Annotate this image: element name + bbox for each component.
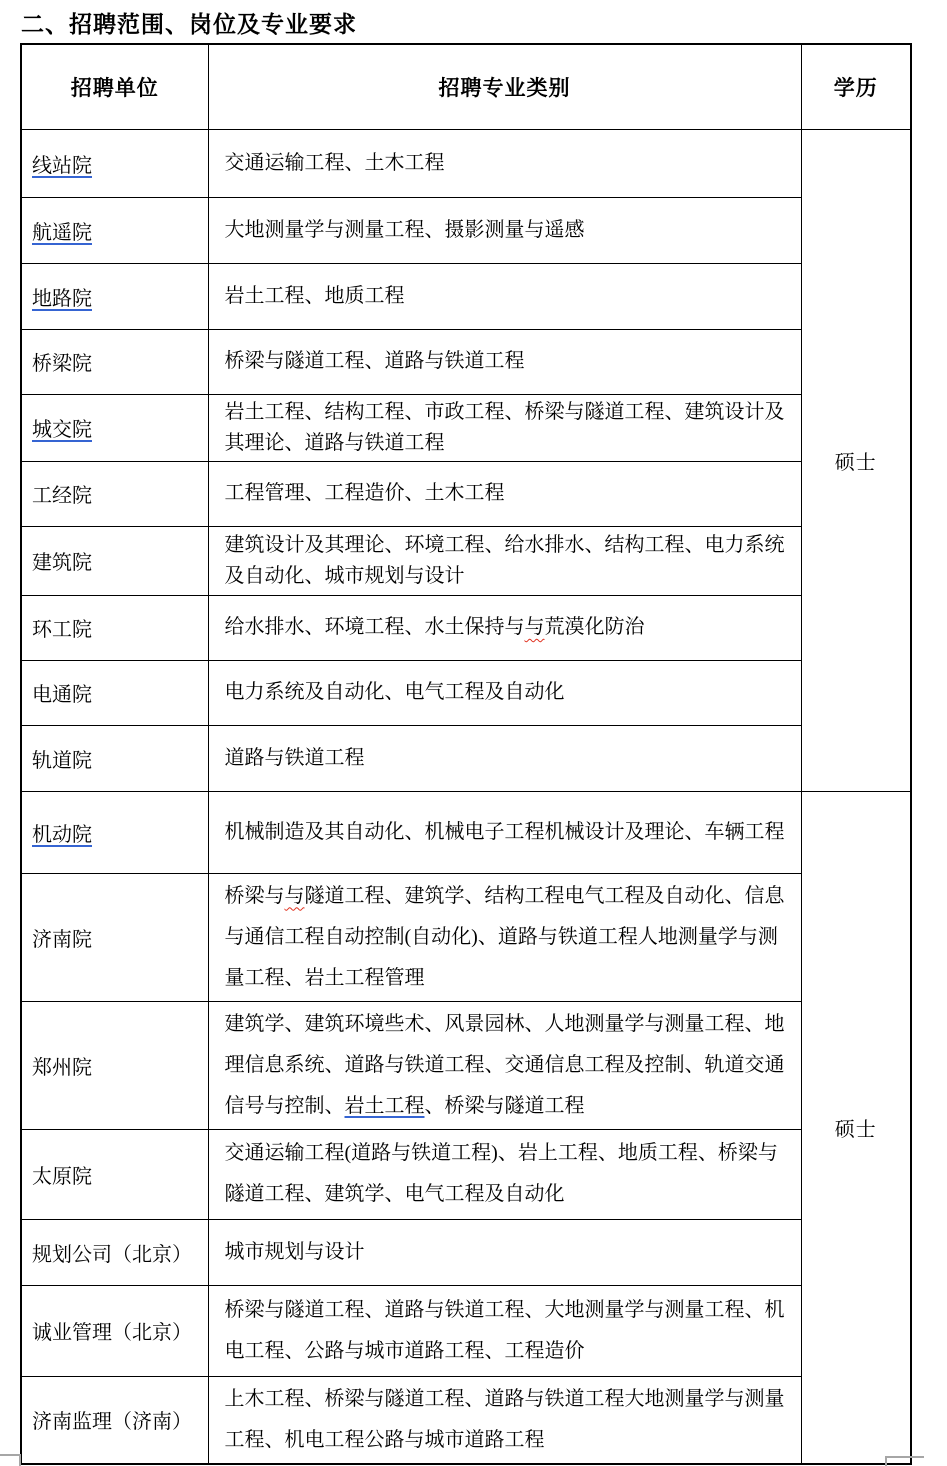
unit-label: 电通院 <box>32 684 92 706</box>
unit-link[interactable]: 城交院 <box>32 419 92 441</box>
unit-label: 桥梁院 <box>32 353 92 375</box>
header-degree: 学历 <box>801 44 911 129</box>
majors-cell: 岩土工程、结构工程、市政工程、桥梁与隧道工程、建筑设计及其理论、道路与铁道工程 <box>208 394 801 461</box>
table-row: 城交院岩土工程、结构工程、市政工程、桥梁与隧道工程、建筑设计及其理论、道路与铁道… <box>21 394 911 461</box>
majors-text: 隧道工程、建筑学、结构工程电气工程及自动化、信息与通信工程自动控制(自动化)、道… <box>225 885 785 989</box>
unit-cell: 电通院 <box>21 660 208 725</box>
majors-cell: 电力系统及自动化、电气工程及自动化 <box>208 660 801 725</box>
unit-label: 太原院 <box>32 1166 92 1188</box>
table-row: 诚业管理（北京）桥梁与隧道工程、道路与铁道工程、大地测量学与测量工程、机电工程、… <box>21 1285 911 1376</box>
unit-cell: 桥梁院 <box>21 329 208 394</box>
unit-cell: 线站院 <box>21 129 208 197</box>
majors-cell: 给水排水、环境工程、水土保持与与荒漠化防治 <box>208 595 801 660</box>
majors-text: 上木工程、桥梁与隧道工程、道路与铁道工程大地测量学与测量工程、机电工程公路与城市… <box>225 1388 785 1451</box>
majors-text: 电力系统及自动化、电气工程及自动化 <box>225 681 565 703</box>
majors-cell: 道路与铁道工程 <box>208 725 801 791</box>
majors-text: 给水排水、环境工程、水土保持与 <box>225 616 525 638</box>
majors-text: 城市规划与设计 <box>225 1241 365 1263</box>
majors-text: 荒漠化防治 <box>545 616 645 638</box>
majors-text: 工程管理、工程造价、土木工程 <box>225 482 505 504</box>
major-link[interactable]: 岩土工程 <box>345 1095 425 1117</box>
table-row: 环工院给水排水、环境工程、水土保持与与荒漠化防治 <box>21 595 911 660</box>
unit-link[interactable]: 航遥院 <box>32 222 92 244</box>
majors-text: 建筑设计及其理论、环境工程、给水排水、结构工程、电力系统及自动化、城市规划与设计 <box>225 534 785 587</box>
recruitment-table: 招聘单位 招聘专业类别 学历 线站院交通运输工程、土木工程硕士航遥院大地测量学与… <box>20 43 912 1465</box>
unit-label: 轨道院 <box>32 750 92 772</box>
degree-cell: 硕士 <box>801 791 911 1464</box>
unit-cell: 济南院 <box>21 873 208 1001</box>
majors-text: 岩土工程、结构工程、市政工程、桥梁与隧道工程、建筑设计及其理论、道路与铁道工程 <box>225 401 785 454</box>
unit-cell: 太原院 <box>21 1129 208 1219</box>
table-row: 桥梁院桥梁与隧道工程、道路与铁道工程 <box>21 329 911 394</box>
spellcheck-squiggle-text: 与 <box>285 885 305 907</box>
majors-cell: 上木工程、桥梁与隧道工程、道路与铁道工程大地测量学与测量工程、机电工程公路与城市… <box>208 1376 801 1464</box>
majors-cell: 桥梁与与隧道工程、建筑学、结构工程电气工程及自动化、信息与通信工程自动控制(自动… <box>208 873 801 1001</box>
unit-cell: 城交院 <box>21 394 208 461</box>
table-row: 建筑院建筑设计及其理论、环境工程、给水排水、结构工程、电力系统及自动化、城市规划… <box>21 526 911 595</box>
table-row: 规划公司（北京）城市规划与设计 <box>21 1219 911 1285</box>
unit-cell: 轨道院 <box>21 725 208 791</box>
majors-text: 大地测量学与测量工程、摄影测量与遥感 <box>225 219 585 241</box>
next-page-table-corner-left <box>0 1454 21 1466</box>
majors-text: 桥梁与 <box>225 885 285 907</box>
header-majors: 招聘专业类别 <box>208 44 801 129</box>
unit-label: 诚业管理（北京） <box>32 1322 192 1344</box>
table-row: 地路院岩土工程、地质工程 <box>21 263 911 329</box>
table-row: 工经院工程管理、工程造价、土木工程 <box>21 461 911 526</box>
majors-cell: 机械制造及其自动化、机械电子工程机械设计及理论、车辆工程 <box>208 791 801 873</box>
next-page-table-corner-right <box>885 1456 924 1466</box>
unit-link[interactable]: 机动院 <box>32 824 92 846</box>
table-row: 太原院交通运输工程(道路与铁道工程)、岩上工程、地质工程、桥梁与隧道工程、建筑学… <box>21 1129 911 1219</box>
unit-cell: 地路院 <box>21 263 208 329</box>
unit-label: 环工院 <box>32 619 92 641</box>
table-row: 线站院交通运输工程、土木工程硕士 <box>21 129 911 197</box>
unit-cell: 郑州院 <box>21 1001 208 1129</box>
majors-cell: 交通运输工程(道路与铁道工程)、岩上工程、地质工程、桥梁与隧道工程、建筑学、电气… <box>208 1129 801 1219</box>
page-title: 二、招聘范围、岗位及专业要求 <box>21 6 357 39</box>
degree-cell: 硕士 <box>801 129 911 791</box>
unit-label: 济南院 <box>32 929 92 951</box>
unit-label: 郑州院 <box>32 1057 92 1079</box>
unit-cell: 机动院 <box>21 791 208 873</box>
unit-label: 建筑院 <box>32 552 92 574</box>
majors-text: 机械制造及其自动化、机械电子工程机械设计及理论、车辆工程 <box>225 821 785 843</box>
table-row: 济南监理（济南）上木工程、桥梁与隧道工程、道路与铁道工程大地测量学与测量工程、机… <box>21 1376 911 1464</box>
spellcheck-squiggle-text: 与 <box>525 616 545 638</box>
unit-label: 规划公司（北京） <box>32 1244 192 1266</box>
table-row: 电通院电力系统及自动化、电气工程及自动化 <box>21 660 911 725</box>
unit-label: 工经院 <box>32 485 92 507</box>
majors-cell: 建筑设计及其理论、环境工程、给水排水、结构工程、电力系统及自动化、城市规划与设计 <box>208 526 801 595</box>
majors-text: 、桥梁与隧道工程 <box>425 1095 585 1117</box>
unit-link[interactable]: 地路院 <box>32 288 92 310</box>
majors-text: 交通运输工程(道路与铁道工程)、岩上工程、地质工程、桥梁与隧道工程、建筑学、电气… <box>225 1142 778 1205</box>
unit-cell: 环工院 <box>21 595 208 660</box>
majors-cell: 桥梁与隧道工程、道路与铁道工程 <box>208 329 801 394</box>
unit-cell: 工经院 <box>21 461 208 526</box>
majors-cell: 交通运输工程、土木工程 <box>208 129 801 197</box>
unit-cell: 航遥院 <box>21 197 208 263</box>
document-page: 二、招聘范围、岗位及专业要求 招聘单位 招聘专业类别 学历 线站院交通运输工程、… <box>0 0 947 1466</box>
table-row: 郑州院建筑学、建筑环境些术、风景园林、人地测量学与测量工程、地理信息系统、道路与… <box>21 1001 911 1129</box>
unit-label: 济南监理（济南） <box>32 1411 192 1433</box>
majors-text: 道路与铁道工程 <box>225 747 365 769</box>
majors-text: 桥梁与隧道工程、道路与铁道工程、大地测量学与测量工程、机电工程、公路与城市道路工… <box>225 1299 785 1362</box>
majors-cell: 工程管理、工程造价、土木工程 <box>208 461 801 526</box>
header-unit: 招聘单位 <box>21 44 208 129</box>
majors-cell: 建筑学、建筑环境些术、风景园林、人地测量学与测量工程、地理信息系统、道路与铁道工… <box>208 1001 801 1129</box>
unit-link[interactable]: 线站院 <box>32 155 92 177</box>
majors-cell: 城市规划与设计 <box>208 1219 801 1285</box>
majors-text: 桥梁与隧道工程、道路与铁道工程 <box>225 350 525 372</box>
majors-text: 交通运输工程、土木工程 <box>225 152 445 174</box>
table-row: 济南院桥梁与与隧道工程、建筑学、结构工程电气工程及自动化、信息与通信工程自动控制… <box>21 873 911 1001</box>
majors-cell: 岩土工程、地质工程 <box>208 263 801 329</box>
unit-cell: 诚业管理（北京） <box>21 1285 208 1376</box>
majors-cell: 桥梁与隧道工程、道路与铁道工程、大地测量学与测量工程、机电工程、公路与城市道路工… <box>208 1285 801 1376</box>
table-row: 轨道院道路与铁道工程 <box>21 725 911 791</box>
majors-text: 岩土工程、地质工程 <box>225 285 405 307</box>
majors-cell: 大地测量学与测量工程、摄影测量与遥感 <box>208 197 801 263</box>
unit-cell: 济南监理（济南） <box>21 1376 208 1464</box>
unit-cell: 规划公司（北京） <box>21 1219 208 1285</box>
table-header-row: 招聘单位 招聘专业类别 学历 <box>21 44 911 129</box>
table-row: 机动院机械制造及其自动化、机械电子工程机械设计及理论、车辆工程硕士 <box>21 791 911 873</box>
unit-cell: 建筑院 <box>21 526 208 595</box>
table-row: 航遥院大地测量学与测量工程、摄影测量与遥感 <box>21 197 911 263</box>
